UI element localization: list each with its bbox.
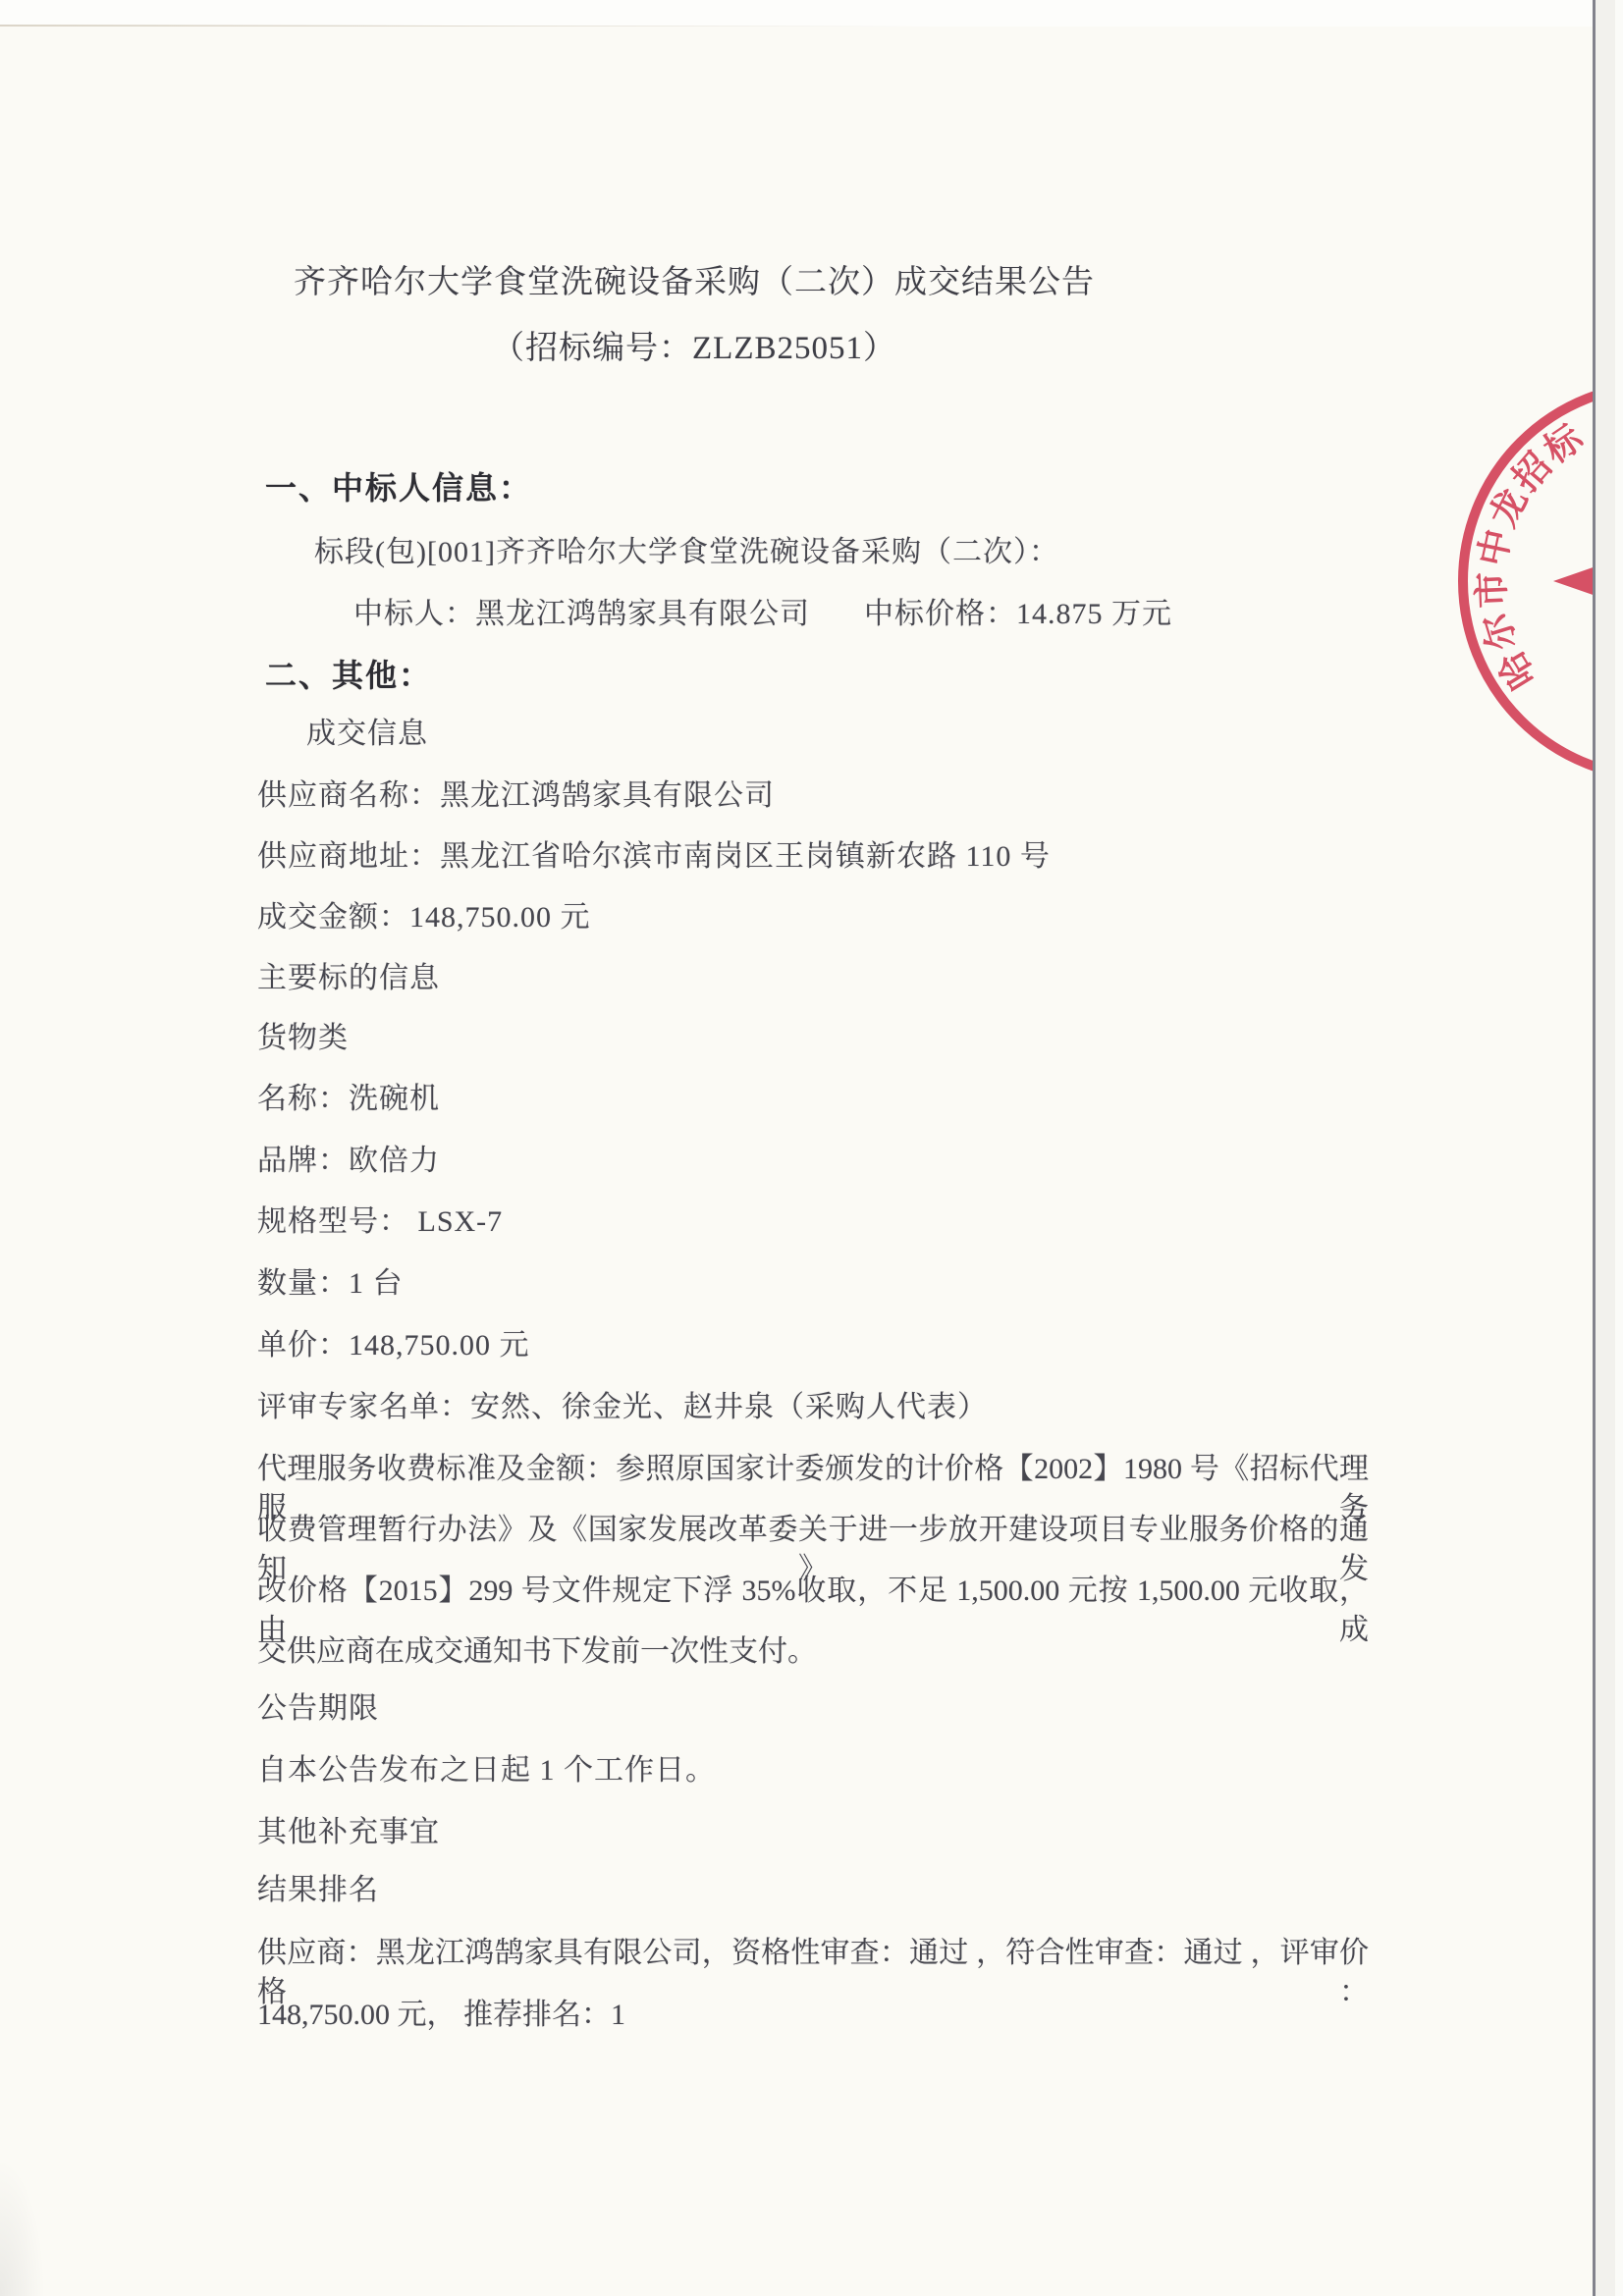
scan-right-sliver [1615,0,1623,2296]
winner-price: 中标价格：14.875 万元 [864,595,1172,634]
deal-info-label: 成交信息 [306,715,428,754]
svg-text:哈尔市中龙招标: 哈尔市中龙招标 [1471,415,1593,696]
scan-right-edge [1593,0,1623,2296]
result-ranking-label: 结果排名 [257,1871,379,1910]
star-icon [1553,480,1593,681]
supplier-address-line: 供应商地址：黑龙江省哈尔滨市南岗区王岗镇新农路 110 号 [257,837,1051,877]
official-seal: 哈尔市中龙招标 [1414,350,1593,812]
model-line: 规格型号： LSX-7 [257,1202,503,1242]
lot-line: 标段(包)[001]齐齐哈尔大学食堂洗碗设备采购（二次）： [314,533,1059,572]
brand-line: 品牌：欧倍力 [257,1142,440,1181]
section2-heading: 二、其他： [265,656,432,695]
notice-period-value: 自本公告发布之日起 1 个工作日。 [257,1751,716,1790]
subject-info-label: 主要标的信息 [257,959,440,998]
document-page: 齐齐哈尔大学食堂洗碗设备采购（二次）成交结果公告 （招标编号：ZLZB25051… [0,27,1593,2296]
deal-amount-line: 成交金额：148,750.00 元 [257,898,591,937]
item-name-line: 名称：洗碗机 [257,1080,440,1119]
other-matters-label: 其他补充事宜 [257,1813,440,1852]
winner-line: 中标人：黑龙江鸿鹄家具有限公司 [353,595,810,634]
seal-text: 哈尔市中龙招标 [1471,415,1593,696]
agency-fee-line: 交供应商在成交通知书下发前一次性支付。 [257,1632,817,1672]
notice-period-label: 公告期限 [257,1689,379,1729]
tender-number-subtitle: （招标编号：ZLZB25051） [257,329,1131,368]
scanned-document: 齐齐哈尔大学食堂洗碗设备采购（二次）成交结果公告 （招标编号：ZLZB25051… [0,0,1623,2296]
scan-corner-shadow [0,2159,45,2296]
quantity-line: 数量：1 台 [257,1264,404,1304]
goods-class-line: 货物类 [257,1019,349,1058]
page-title: 齐齐哈尔大学食堂洗碗设备采购（二次）成交结果公告 [257,263,1131,302]
supplier-name-line: 供应商名称：黑龙江鸿鹄家具有限公司 [257,776,775,816]
result-line: 148,750.00 元， 推荐排名：1 [257,1996,625,2035]
section1-heading: 一、中标人信息： [265,468,532,507]
unit-price-line: 单价：148,750.00 元 [257,1326,530,1365]
experts-line: 评审专家名单：安然、徐金光、赵井泉（采购人代表） [257,1388,988,1427]
